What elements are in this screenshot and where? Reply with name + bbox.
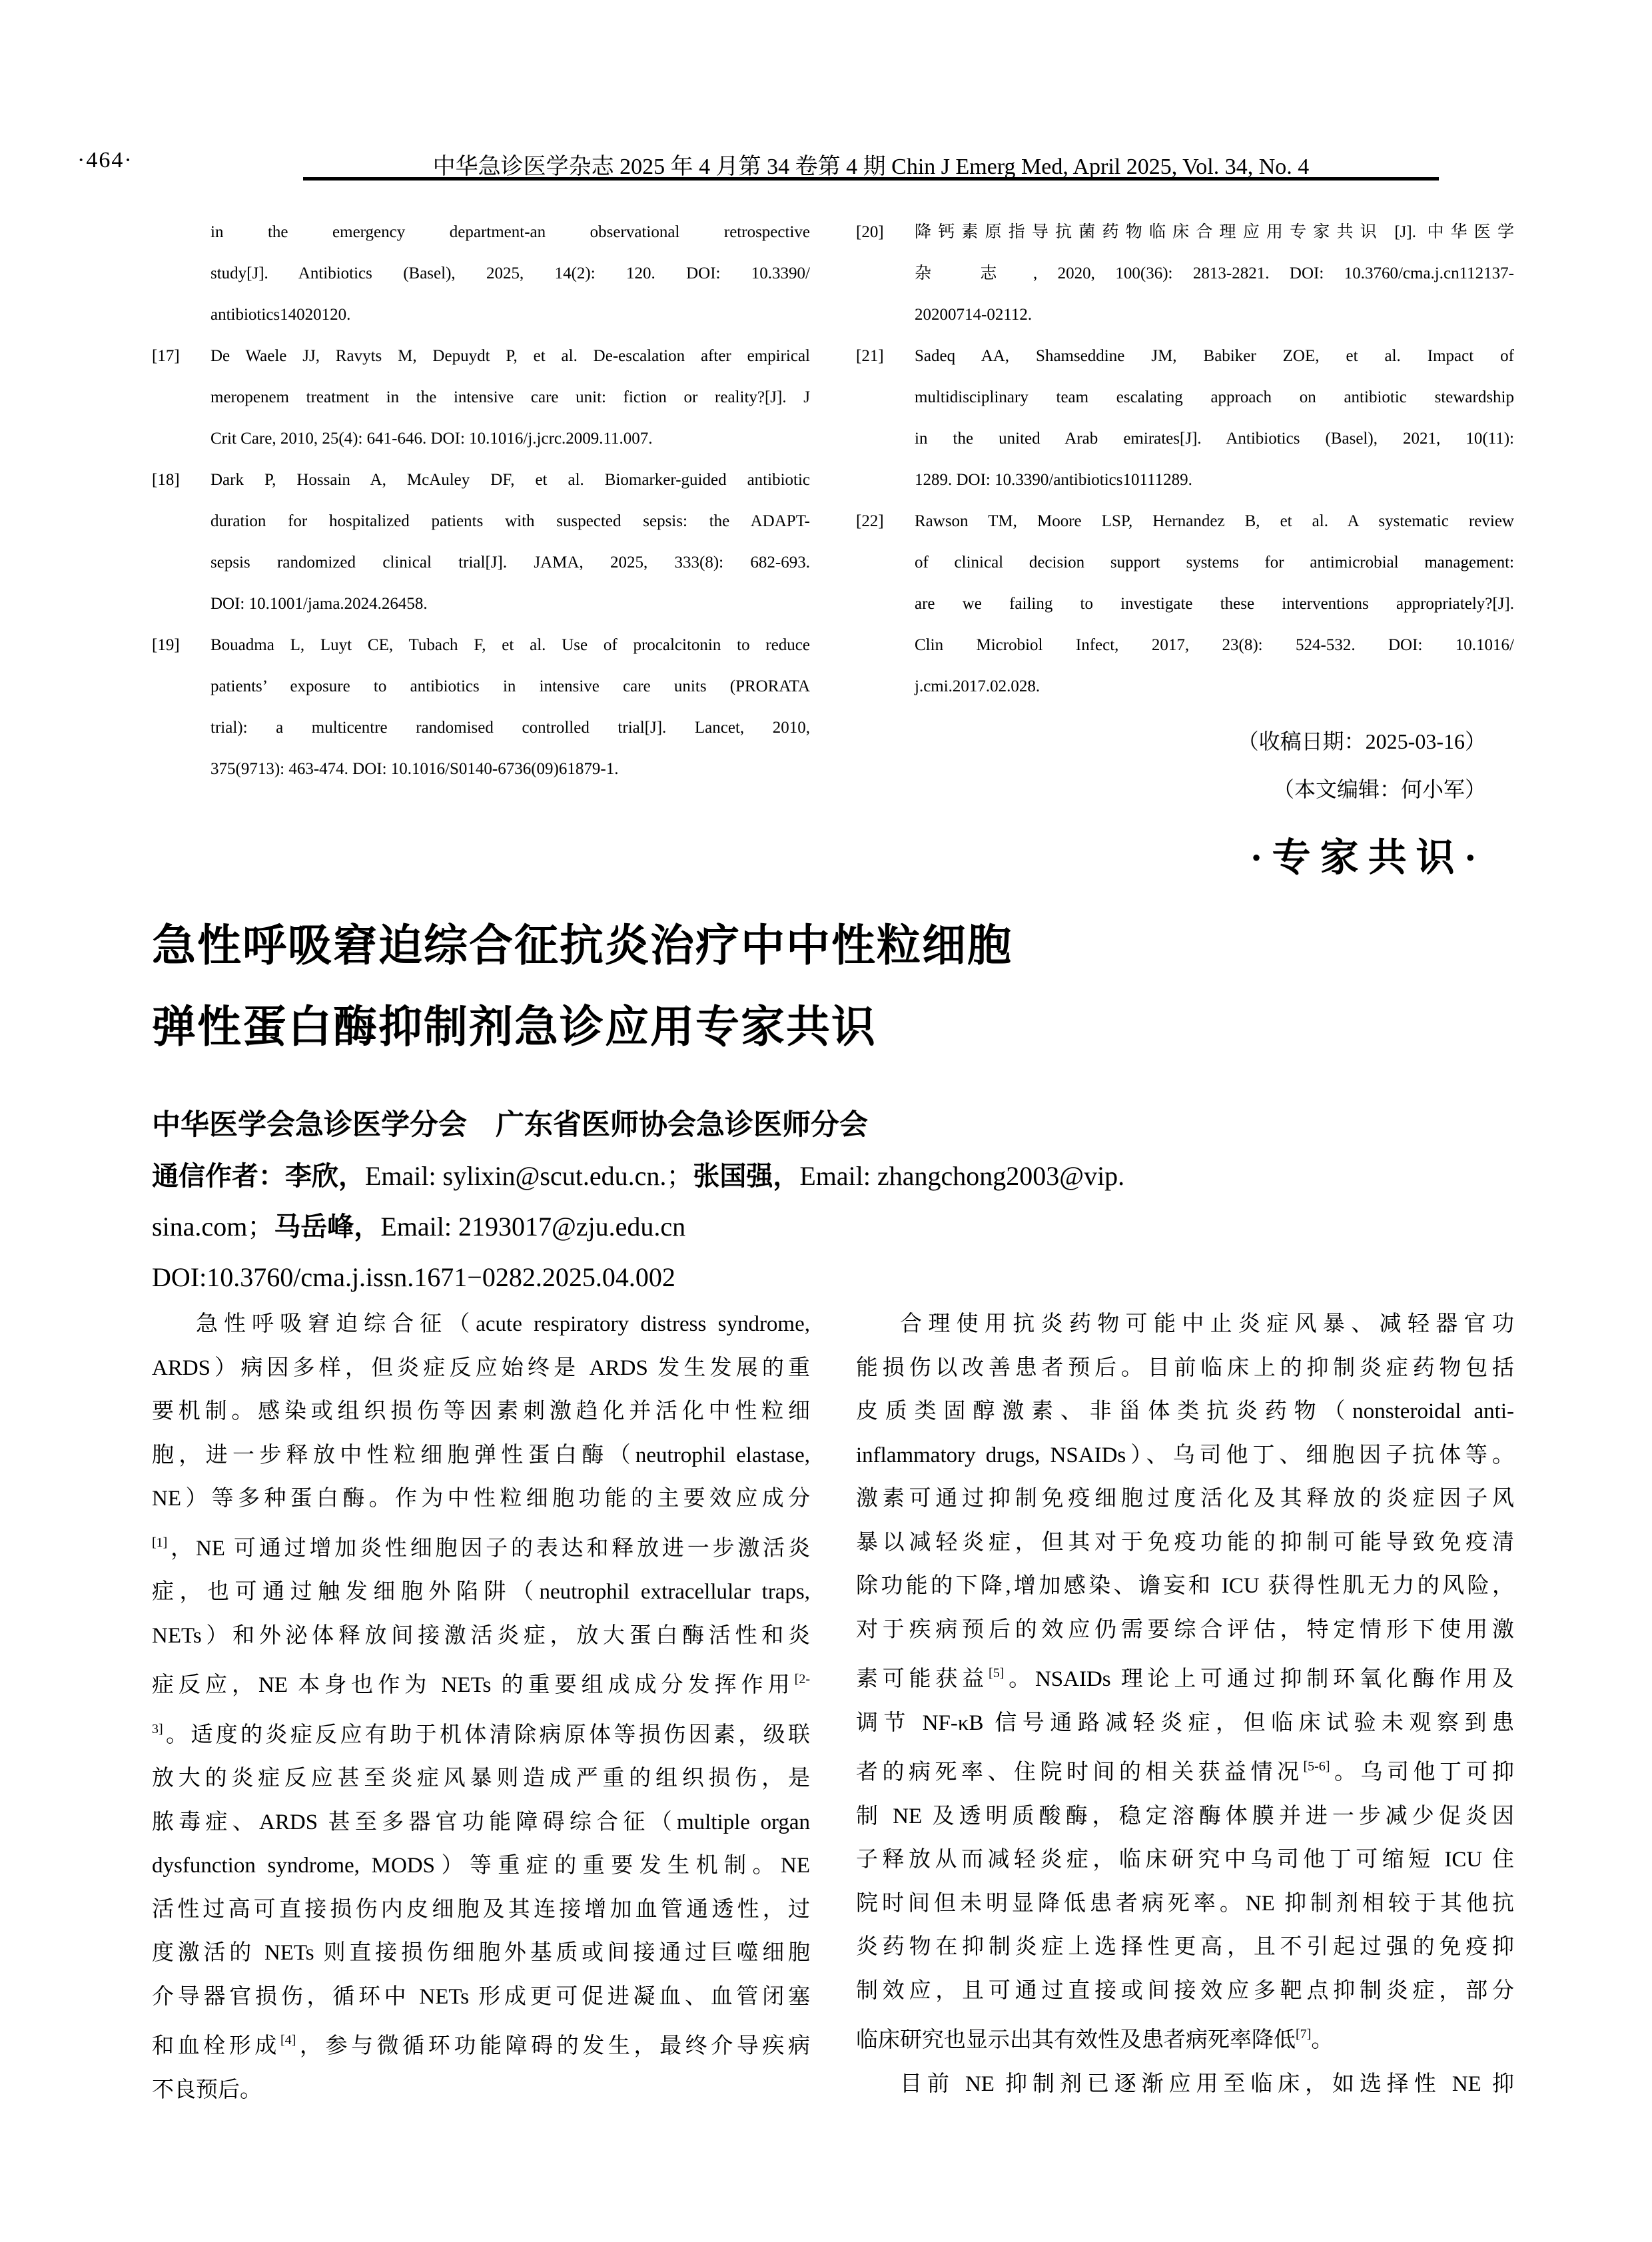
body-text-line: NE）等多种蛋白酶。作为中性粒细胞功能的主要效应成分 [152, 1477, 810, 1521]
body-text-segment: 和血栓形成 [152, 2034, 280, 2058]
body-text-line: 素可能获益[5]。NSAIDs 理论上可通过抑制环氧化酶作用及 [856, 1652, 1514, 1702]
reference-text: in the emergency department-an observati… [210, 212, 810, 336]
author-name: 通信作者：李欣， [152, 1161, 365, 1191]
body-text-line: 激素可通过抑制免疫细胞过度活化及其释放的炎症因子风 [856, 1477, 1514, 1521]
body-text-line: 暴以减轻炎症，但其对于免疫功能的抑制可能导致免疫清 [856, 1521, 1514, 1565]
reference-number: [21] [856, 336, 915, 501]
body-text-line: 目前 NE 抑制剂已逐渐应用至临床，如选择性 NE 抑 [856, 2063, 1514, 2107]
body-text-line: 能损伤以改善患者预后。目前临床上的抑制炎症药物包括 [856, 1347, 1514, 1391]
reference-line: Bouadma L, Luyt CE, Tubach F, et al. Use… [210, 625, 810, 666]
reference-number: [19] [152, 625, 210, 790]
body-text-segment: dysfunction syndrome, MODS）等重症的重要发生机制。NE [152, 1854, 810, 1878]
body-text-segment: 介导器官损伤，循环中 NETs 形成更可促进凝血、血管闭塞 [152, 1985, 810, 2009]
body-text-segment: 院时间但未明显降低患者病死率。NE 抑制剂相较于其他抗 [856, 1892, 1514, 1916]
correspondence-text: sina.com； [152, 1212, 274, 1242]
body-text-segment: 不良预后。 [152, 2078, 262, 2102]
header-rule [303, 177, 1439, 181]
body-text-line: 皮质类固醇激素、非甾体类抗炎药物（nonsteroidal anti- [856, 1390, 1514, 1434]
reference-line: sepsis randomized clinical trial[J]. JAM… [210, 542, 810, 583]
body-text-line: 除功能的下降,增加感染、谵妄和 ICU 获得性肌无力的风险， [856, 1565, 1514, 1609]
body-right-column: 合理使用抗炎药物可能中止炎症风暴、减轻器官功能损伤以改善患者预后。目前临床上的抑… [856, 1303, 1514, 2106]
body-text-segment: 合理使用抗炎药物可能中止炎症风暴、减轻器官功 [900, 1312, 1514, 1336]
body-text-line: dysfunction syndrome, MODS）等重症的重要发生机制。NE [152, 1844, 810, 1888]
reference-item: [21]Sadeq AA, Shamseddine JM, Babiker ZO… [856, 336, 1514, 501]
reference-line: in the united Arab emirates[J]. Antibiot… [915, 418, 1514, 460]
journal-header-line: 中华急诊医学杂志 2025 年 4 月第 34 卷第 4 期 Chin J Em… [303, 148, 1439, 181]
body-text-line: 炎药物在抑制炎症上选择性更高，且不引起过强的免疫抑 [856, 1926, 1514, 1970]
reference-line: antibiotics14020120. [210, 294, 810, 336]
references-left-column: in the emergency department-an observati… [152, 212, 810, 790]
body-text-line: 脓毒症、ARDS 甚至多器官功能障碍综合征（multiple organ [152, 1801, 810, 1845]
reference-line: 杂 志 , 2020, 100(36): 2813-2821. DOI: 10.… [915, 253, 1514, 294]
reference-line: Dark P, Hossain A, McAuley DF, et al. Bi… [210, 460, 810, 501]
reference-item: [20]降钙素原指导抗菌药物临床合理应用专家共识 [J]. 中华医学杂 志 , … [856, 212, 1514, 336]
reference-line: 降钙素原指导抗菌药物临床合理应用专家共识 [J]. 中华医学 [915, 212, 1514, 253]
citation-superscript: [2- [795, 1672, 810, 1686]
reference-text: Dark P, Hossain A, McAuley DF, et al. Bi… [210, 460, 810, 625]
body-text-segment: 对于疾病预后的效应仍需要综合评估，特定情形下使用激 [856, 1618, 1514, 1642]
body-text-line: 3]。适度的炎症反应有助于机体清除病原体等损伤因素，级联 [152, 1708, 810, 1758]
body-text-line: 者的病死率、住院时间的相关获益情况[5-6]。乌司他丁可抑 [856, 1745, 1514, 1795]
body-text-segment: 症反应，NE 本身也作为 NETs 的重要组成成分发挥作用 [152, 1673, 795, 1697]
body-text-line: 对于疾病预后的效应仍需要综合评估，特定情形下使用激 [856, 1609, 1514, 1653]
reference-number: [20] [856, 212, 915, 336]
article-title-line1: 急性呼吸窘迫综合征抗炎治疗中中性粒细胞 [152, 906, 1013, 987]
body-text-segment: ARDS）病因多样，但炎症反应始终是 ARDS 发生发展的重 [152, 1356, 810, 1380]
article-title-line2: 弹性蛋白酶抑制剂急诊应用专家共识 [152, 987, 1013, 1068]
affiliation: 中华医学会急诊医学分会 广东省医师协会急诊医师分会 [152, 1100, 1500, 1151]
article-doi: DOI:10.3760/cma.j.issn.1671−0282.2025.04… [152, 1252, 1500, 1303]
body-text-segment: 素可能获益 [856, 1667, 989, 1691]
body-text-segment: inflammatory drugs, NSAIDs）、乌司他丁、细胞因子抗体等… [856, 1443, 1514, 1467]
body-text-segment: 要机制。感染或组织损伤等因素刺激趋化并活化中性粒细 [152, 1399, 810, 1423]
reference-line: of clinical decision support systems for… [915, 542, 1514, 583]
body-text-segment: 。 [1311, 2028, 1333, 2052]
body-text-segment: ，参与微循环功能障碍的发生，最终介导疾病 [296, 2034, 810, 2058]
journal-page: ·464· 中华急诊医学杂志 2025 年 4 月第 34 卷第 4 期 Chi… [0, 0, 1652, 2242]
body-text-segment: 急性呼吸窘迫综合征（acute respiratory distress syn… [196, 1312, 810, 1336]
reference-line: 375(9713): 463-474. DOI: 10.1016/S0140-6… [210, 749, 810, 790]
reference-line: trial): a multicentre randomised control… [210, 707, 810, 749]
body-text-segment: NE）等多种蛋白酶。作为中性粒细胞功能的主要效应成分 [152, 1487, 810, 1511]
body-text-segment: 制 NE 及透明质酸酶，稳定溶酶体膜并进一步减少促炎因 [856, 1804, 1514, 1828]
reference-line: Sadeq AA, Shamseddine JM, Babiker ZOE, e… [915, 336, 1514, 377]
reference-text: Sadeq AA, Shamseddine JM, Babiker ZOE, e… [915, 336, 1514, 501]
body-text-segment: NETs）和外泌体释放间接激活炎症，放大蛋白酶活性和炎 [152, 1624, 810, 1648]
reference-line: multidisciplinary team escalating approa… [915, 377, 1514, 418]
body-text-segment: 。NSAIDs 理论上可通过抑制环氧化酶作用及 [1004, 1667, 1514, 1691]
body-text-line: 临床研究也显示出其有效性及患者病死率降低[7]。 [856, 2013, 1514, 2063]
page-number: ·464· [77, 148, 133, 173]
citation-superscript: [7] [1296, 2027, 1311, 2042]
body-text-segment: 子释放从而减轻炎症，临床研究中乌司他丁可缩短 ICU 住 [856, 1848, 1514, 1872]
received-date: （收稿日期：2025-03-16） [856, 725, 1486, 755]
body-text-segment: 能损伤以改善患者预后。目前临床上的抑制炎症药物包括 [856, 1356, 1514, 1380]
reference-text: Rawson TM, Moore LSP, Hernandez B, et al… [915, 501, 1514, 707]
reference-line: DOI: 10.1001/jama.2024.26458. [210, 583, 810, 625]
body-text-line: 院时间但未明显降低患者病死率。NE 抑制剂相较于其他抗 [856, 1882, 1514, 1926]
reference-line: are we failing to investigate these inte… [915, 583, 1514, 625]
reference-item: [22]Rawson TM, Moore LSP, Hernandez B, e… [856, 501, 1514, 707]
citation-superscript: [5] [989, 1666, 1004, 1681]
reference-item: in the emergency department-an observati… [152, 212, 810, 336]
body-text-segment: 。适度的炎症反应有助于机体清除病原体等损伤因素，级联 [163, 1723, 810, 1747]
author-name: 张国强， [693, 1161, 799, 1191]
reference-line: 20200714-02112. [915, 294, 1514, 336]
body-text-line: [1]，NE 可通过增加炎性细胞因子的表达和释放进一步激活炎 [152, 1521, 810, 1571]
body-text-segment: 除功能的下降,增加感染、谵妄和 ICU 获得性肌无力的风险， [856, 1574, 1514, 1598]
body-text-line: 制 NE 及透明质酸酶，稳定溶酶体膜并进一步减少促炎因 [856, 1795, 1514, 1839]
body-text-segment: 者的病死率、住院时间的相关获益情况 [856, 1760, 1304, 1784]
article-meta: 中华医学会急诊医学分会 广东省医师协会急诊医师分会 通信作者：李欣，Email:… [152, 1100, 1500, 1303]
body-text-line: 介导器官损伤，循环中 NETs 形成更可促进凝血、血管闭塞 [152, 1976, 810, 2020]
body-text-line: 制效应，且可通过直接或间接效应多靶点抑制炎症，部分 [856, 1970, 1514, 2014]
citation-superscript: [1] [152, 1535, 167, 1550]
body-text-segment: 激素可通过抑制免疫细胞过度活化及其释放的炎症因子风 [856, 1487, 1514, 1511]
body-text-line: 合理使用抗炎药物可能中止炎症风暴、减轻器官功 [856, 1303, 1514, 1347]
body-text-segment: 度激活的 NETs 则直接损伤细胞外基质或间接通过巨噬细胞 [152, 1941, 810, 1965]
body-text-line: 和血栓形成[4]，参与微循环功能障碍的发生，最终介导疾病 [152, 2019, 810, 2069]
reference-number: [22] [856, 501, 915, 707]
reference-item: [19]Bouadma L, Luyt CE, Tubach F, et al.… [152, 625, 810, 790]
body-text-line: 活性过高可直接损伤内皮细胞及其连接增加血管通透性，过 [152, 1888, 810, 1932]
body-text-line: 放大的炎症反应甚至炎症风暴则造成严重的组织损伤，是 [152, 1757, 810, 1801]
body-text-segment: 。乌司他丁可抑 [1330, 1760, 1515, 1784]
correspondence-text: Email: 2193017@zju.edu.cn [380, 1212, 685, 1242]
body-text-line: ARDS）病因多样，但炎症反应始终是 ARDS 发生发展的重 [152, 1347, 810, 1391]
article-title: 急性呼吸窘迫综合征抗炎治疗中中性粒细胞 弹性蛋白酶抑制剂急诊应用专家共识 [152, 906, 1013, 1068]
body-text-line: 急性呼吸窘迫综合征（acute respiratory distress syn… [152, 1303, 810, 1347]
reference-line: patients’ exposure to antibiotics in int… [210, 666, 810, 707]
citation-superscript: 3] [152, 1722, 163, 1736]
body-text-line: 要机制。感染或组织损伤等因素刺激趋化并活化中性粒细 [152, 1390, 810, 1434]
reference-line: Rawson TM, Moore LSP, Hernandez B, et al… [915, 501, 1514, 542]
correspondence-line2: sina.com；马岳峰，Email: 2193017@zju.edu.cn [152, 1202, 1500, 1252]
body-text-segment: 症，也可通过触发细胞外陷阱（neutrophil extracellular t… [152, 1580, 810, 1604]
author-name: 马岳峰， [274, 1212, 380, 1242]
reference-item: [17]De Waele JJ, Ravyts M, Depuydt P, et… [152, 336, 810, 460]
references-right-column: [20]降钙素原指导抗菌药物临床合理应用专家共识 [J]. 中华医学杂 志 , … [856, 212, 1514, 707]
body-text-segment: 脓毒症、ARDS 甚至多器官功能障碍综合征（multiple organ [152, 1810, 810, 1834]
reference-number [152, 212, 210, 336]
reference-line: duration for hospitalized patients with … [210, 501, 810, 542]
reference-line: meropenem treatment in the intensive car… [210, 377, 810, 418]
correspondence-text: Email: sylixin@scut.edu.cn.； [365, 1161, 693, 1191]
body-text-line: 子释放从而减轻炎症，临床研究中乌司他丁可缩短 ICU 住 [856, 1838, 1514, 1882]
reference-line: 1289. DOI: 10.3390/antibiotics10111289. [915, 460, 1514, 501]
body-text-line: 症反应，NE 本身也作为 NETs 的重要组成成分发挥作用[2- [152, 1658, 810, 1708]
reference-line: Clin Microbiol Infect, 2017, 23(8): 524-… [915, 625, 1514, 666]
body-text-segment: 目前 NE 抑制剂已逐渐应用至临床，如选择性 NE 抑 [900, 2072, 1514, 2096]
reference-line: study[J]. Antibiotics (Basel), 2025, 14(… [210, 253, 810, 294]
body-text-line: 度激活的 NETs 则直接损伤细胞外基质或间接通过巨噬细胞 [152, 1932, 810, 1976]
citation-superscript: [4] [280, 2033, 296, 2048]
citation-superscript: [5-6] [1304, 1759, 1330, 1774]
reference-line: Crit Care, 2010, 25(4): 641-646. DOI: 10… [210, 418, 810, 460]
reference-text: De Waele JJ, Ravyts M, Depuydt P, et al.… [210, 336, 810, 460]
body-text-segment: 放大的炎症反应甚至炎症风暴则造成严重的组织损伤，是 [152, 1766, 810, 1790]
body-text-segment: 临床研究也显示出其有效性及患者病死率降低 [856, 2028, 1296, 2052]
reference-text: Bouadma L, Luyt CE, Tubach F, et al. Use… [210, 625, 810, 790]
body-left-column: 急性呼吸窘迫综合征（acute respiratory distress syn… [152, 1303, 810, 2112]
body-text-segment: 调节 NF-κB 信号通路减轻炎症，但临床试验未观察到患 [856, 1711, 1514, 1735]
correspondence-line1: 通信作者：李欣，Email: sylixin@scut.edu.cn.；张国强，… [152, 1151, 1500, 1202]
body-text-segment: 活性过高可直接损伤内皮细胞及其连接增加血管通透性，过 [152, 1898, 810, 1922]
reference-number: [17] [152, 336, 210, 460]
body-text-segment: 暴以减轻炎症，但其对于免疫功能的抑制可能导致免疫清 [856, 1531, 1514, 1555]
reference-number: [18] [152, 460, 210, 625]
editor-note: （本文编辑：何小军） [856, 773, 1486, 803]
body-text-segment: ，NE 可通过增加炎性细胞因子的表达和释放进一步激活炎 [167, 1537, 810, 1561]
reference-line: in the emergency department-an observati… [210, 212, 810, 253]
section-marker: ·专家共识· [856, 826, 1486, 882]
reference-line: De Waele JJ, Ravyts M, Depuydt P, et al.… [210, 336, 810, 377]
correspondence-text: Email: zhangchong2003@vip. [799, 1161, 1124, 1191]
body-text-line: inflammatory drugs, NSAIDs）、乌司他丁、细胞因子抗体等… [856, 1434, 1514, 1478]
body-text-line: NETs）和外泌体释放间接激活炎症，放大蛋白酶活性和炎 [152, 1615, 810, 1659]
body-text-segment: 炎药物在抑制炎症上选择性更高，且不引起过强的免疫抑 [856, 1935, 1514, 1959]
body-text-segment: 制效应，且可通过直接或间接效应多靶点抑制炎症，部分 [856, 1979, 1514, 2003]
reference-item: [18]Dark P, Hossain A, McAuley DF, et al… [152, 460, 810, 625]
body-text-segment: 皮质类固醇激素、非甾体类抗炎药物（nonsteroidal anti- [856, 1399, 1514, 1423]
reference-text: 降钙素原指导抗菌药物临床合理应用专家共识 [J]. 中华医学杂 志 , 2020… [915, 212, 1514, 336]
body-text-line: 调节 NF-κB 信号通路减轻炎症，但临床试验未观察到患 [856, 1702, 1514, 1746]
body-text-line: 胞，进一步释放中性粒细胞弹性蛋白酶（neutrophil elastase, [152, 1434, 810, 1478]
reference-line: j.cmi.2017.02.028. [915, 666, 1514, 707]
body-text-segment: 胞，进一步释放中性粒细胞弹性蛋白酶（neutrophil elastase, [152, 1443, 810, 1467]
body-text-line: 症，也可通过触发细胞外陷阱（neutrophil extracellular t… [152, 1571, 810, 1615]
body-text-line: 不良预后。 [152, 2069, 810, 2113]
